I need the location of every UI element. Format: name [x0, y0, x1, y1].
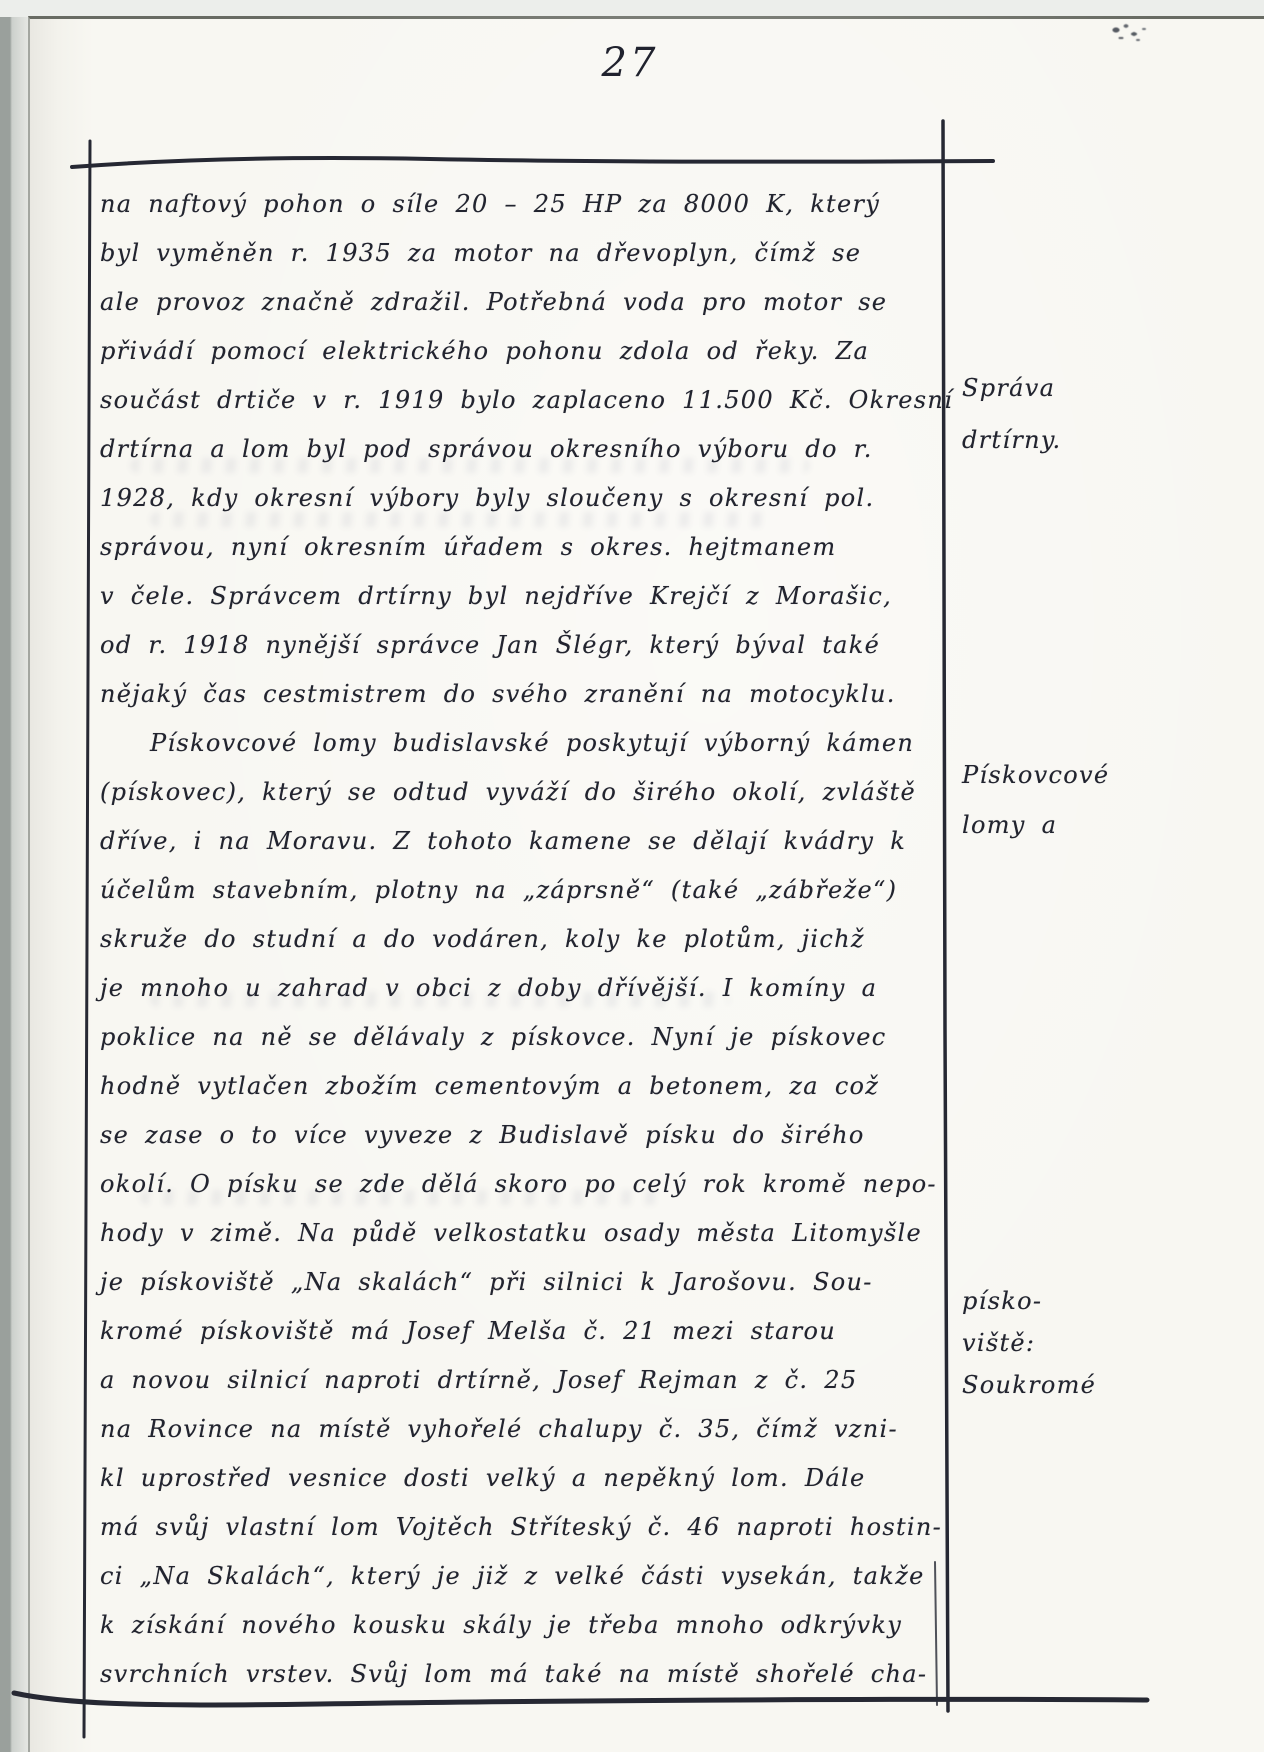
scan-left-edge	[0, 0, 30, 1752]
margin-note-line: Soukromé	[962, 1364, 1252, 1406]
manuscript-line: v čele. Správcem drtírny byl nejdříve Kr…	[100, 572, 945, 621]
page-number: 27	[560, 40, 700, 86]
margin-note-piskoviste-soukrome: písko- viště: Soukromé	[962, 1280, 1252, 1406]
manuscript-line: k získání nového kousku skály je třeba m…	[100, 1601, 945, 1650]
manuscript-line: okolí. O písku se zde dělá skoro po celý…	[100, 1160, 945, 1209]
manuscript-line: účelům stavebním, plotny na „záprsně“ (t…	[100, 866, 945, 915]
manuscript-line: má svůj vlastní lom Vojtěch Stříteský č.…	[100, 1503, 945, 1552]
manuscript-line: skruže do studní a do vodáren, koly ke p…	[100, 915, 945, 964]
manuscript-line: 1928, kdy okresní výbory byly sloučeny s…	[100, 474, 945, 523]
ink-smudge	[1104, 20, 1156, 48]
margin-note-line: písko-	[962, 1280, 1252, 1322]
margin-note-line: viště:	[962, 1322, 1252, 1364]
manuscript-line: (pískovec), který se odtud vyváží do šir…	[100, 768, 945, 817]
manuscript-line: byl vyměněn r. 1935 za motor na dřevoply…	[100, 229, 945, 278]
scanned-page: 27 na naftový pohon o síle 20 – 25 HP za…	[0, 0, 1264, 1752]
margin-note-piskovcove-lomy: Pískovcové lomy a	[962, 750, 1252, 850]
manuscript-line: ale provoz značně zdražil. Potřebná voda…	[100, 278, 945, 327]
manuscript-line: ci „Na Skalách“, který je již z velké čá…	[100, 1552, 945, 1601]
manuscript-line: nějaký čas cestmistrem do svého zranění …	[100, 670, 945, 719]
manuscript-line: kl uprostřed vesnice dosti velký a nepěk…	[100, 1454, 945, 1503]
manuscript-line: svrchních vrstev. Svůj lom má také na mí…	[100, 1650, 945, 1699]
manuscript-line: je pískoviště „Na skalách“ při silnici k…	[100, 1258, 945, 1307]
margin-note-line: drtírny.	[962, 414, 1252, 466]
margin-note-line: lomy a	[962, 800, 1252, 850]
manuscript-line: na Rovince na místě vyhořelé chalupy č. …	[100, 1405, 945, 1454]
manuscript-line: součást drtiče v r. 1919 bylo zaplaceno …	[100, 376, 945, 425]
manuscript-line: hody v zimě. Na půdě velkostatku osady m…	[100, 1209, 945, 1258]
manuscript-line: hodně vytlačen zbožím cementovým a beton…	[100, 1062, 945, 1111]
margin-note-line: Pískovcové	[962, 750, 1252, 800]
manuscript-line: poklice na ně se dělávaly z pískovce. Ny…	[100, 1013, 945, 1062]
manuscript-line: od r. 1918 nynější správce Jan Šlégr, kt…	[100, 621, 945, 670]
manuscript-line: se zase o to více vyveze z Budislavě pís…	[100, 1111, 945, 1160]
margin-note-sprava-drtirny: Správa drtírny.	[962, 362, 1252, 466]
manuscript-line: drtírna a lom byl pod správou okresního …	[100, 425, 945, 474]
manuscript-line: Pískovcové lomy budislavské poskytují vý…	[100, 719, 945, 768]
manuscript-line: dříve, i na Moravu. Z tohoto kamene se d…	[100, 817, 945, 866]
manuscript-line: kromé pískoviště má Josef Melša č. 21 me…	[100, 1307, 945, 1356]
margin-note-line: Správa	[962, 362, 1252, 414]
manuscript-line: přivádí pomocí elektrického pohonu zdola…	[100, 327, 945, 376]
manuscript-line: na naftový pohon o síle 20 – 25 HP za 80…	[100, 180, 945, 229]
manuscript-line: správou, nyní okresním úřadem s okres. h…	[100, 523, 945, 572]
manuscript-line: a novou silnicí naproti drtírně, Josef R…	[100, 1356, 945, 1405]
manuscript-text: na naftový pohon o síle 20 – 25 HP za 80…	[100, 180, 945, 1699]
manuscript-line: je mnoho u zahrad v obci z doby dřívější…	[100, 964, 945, 1013]
scan-top-edge	[0, 0, 1264, 17]
